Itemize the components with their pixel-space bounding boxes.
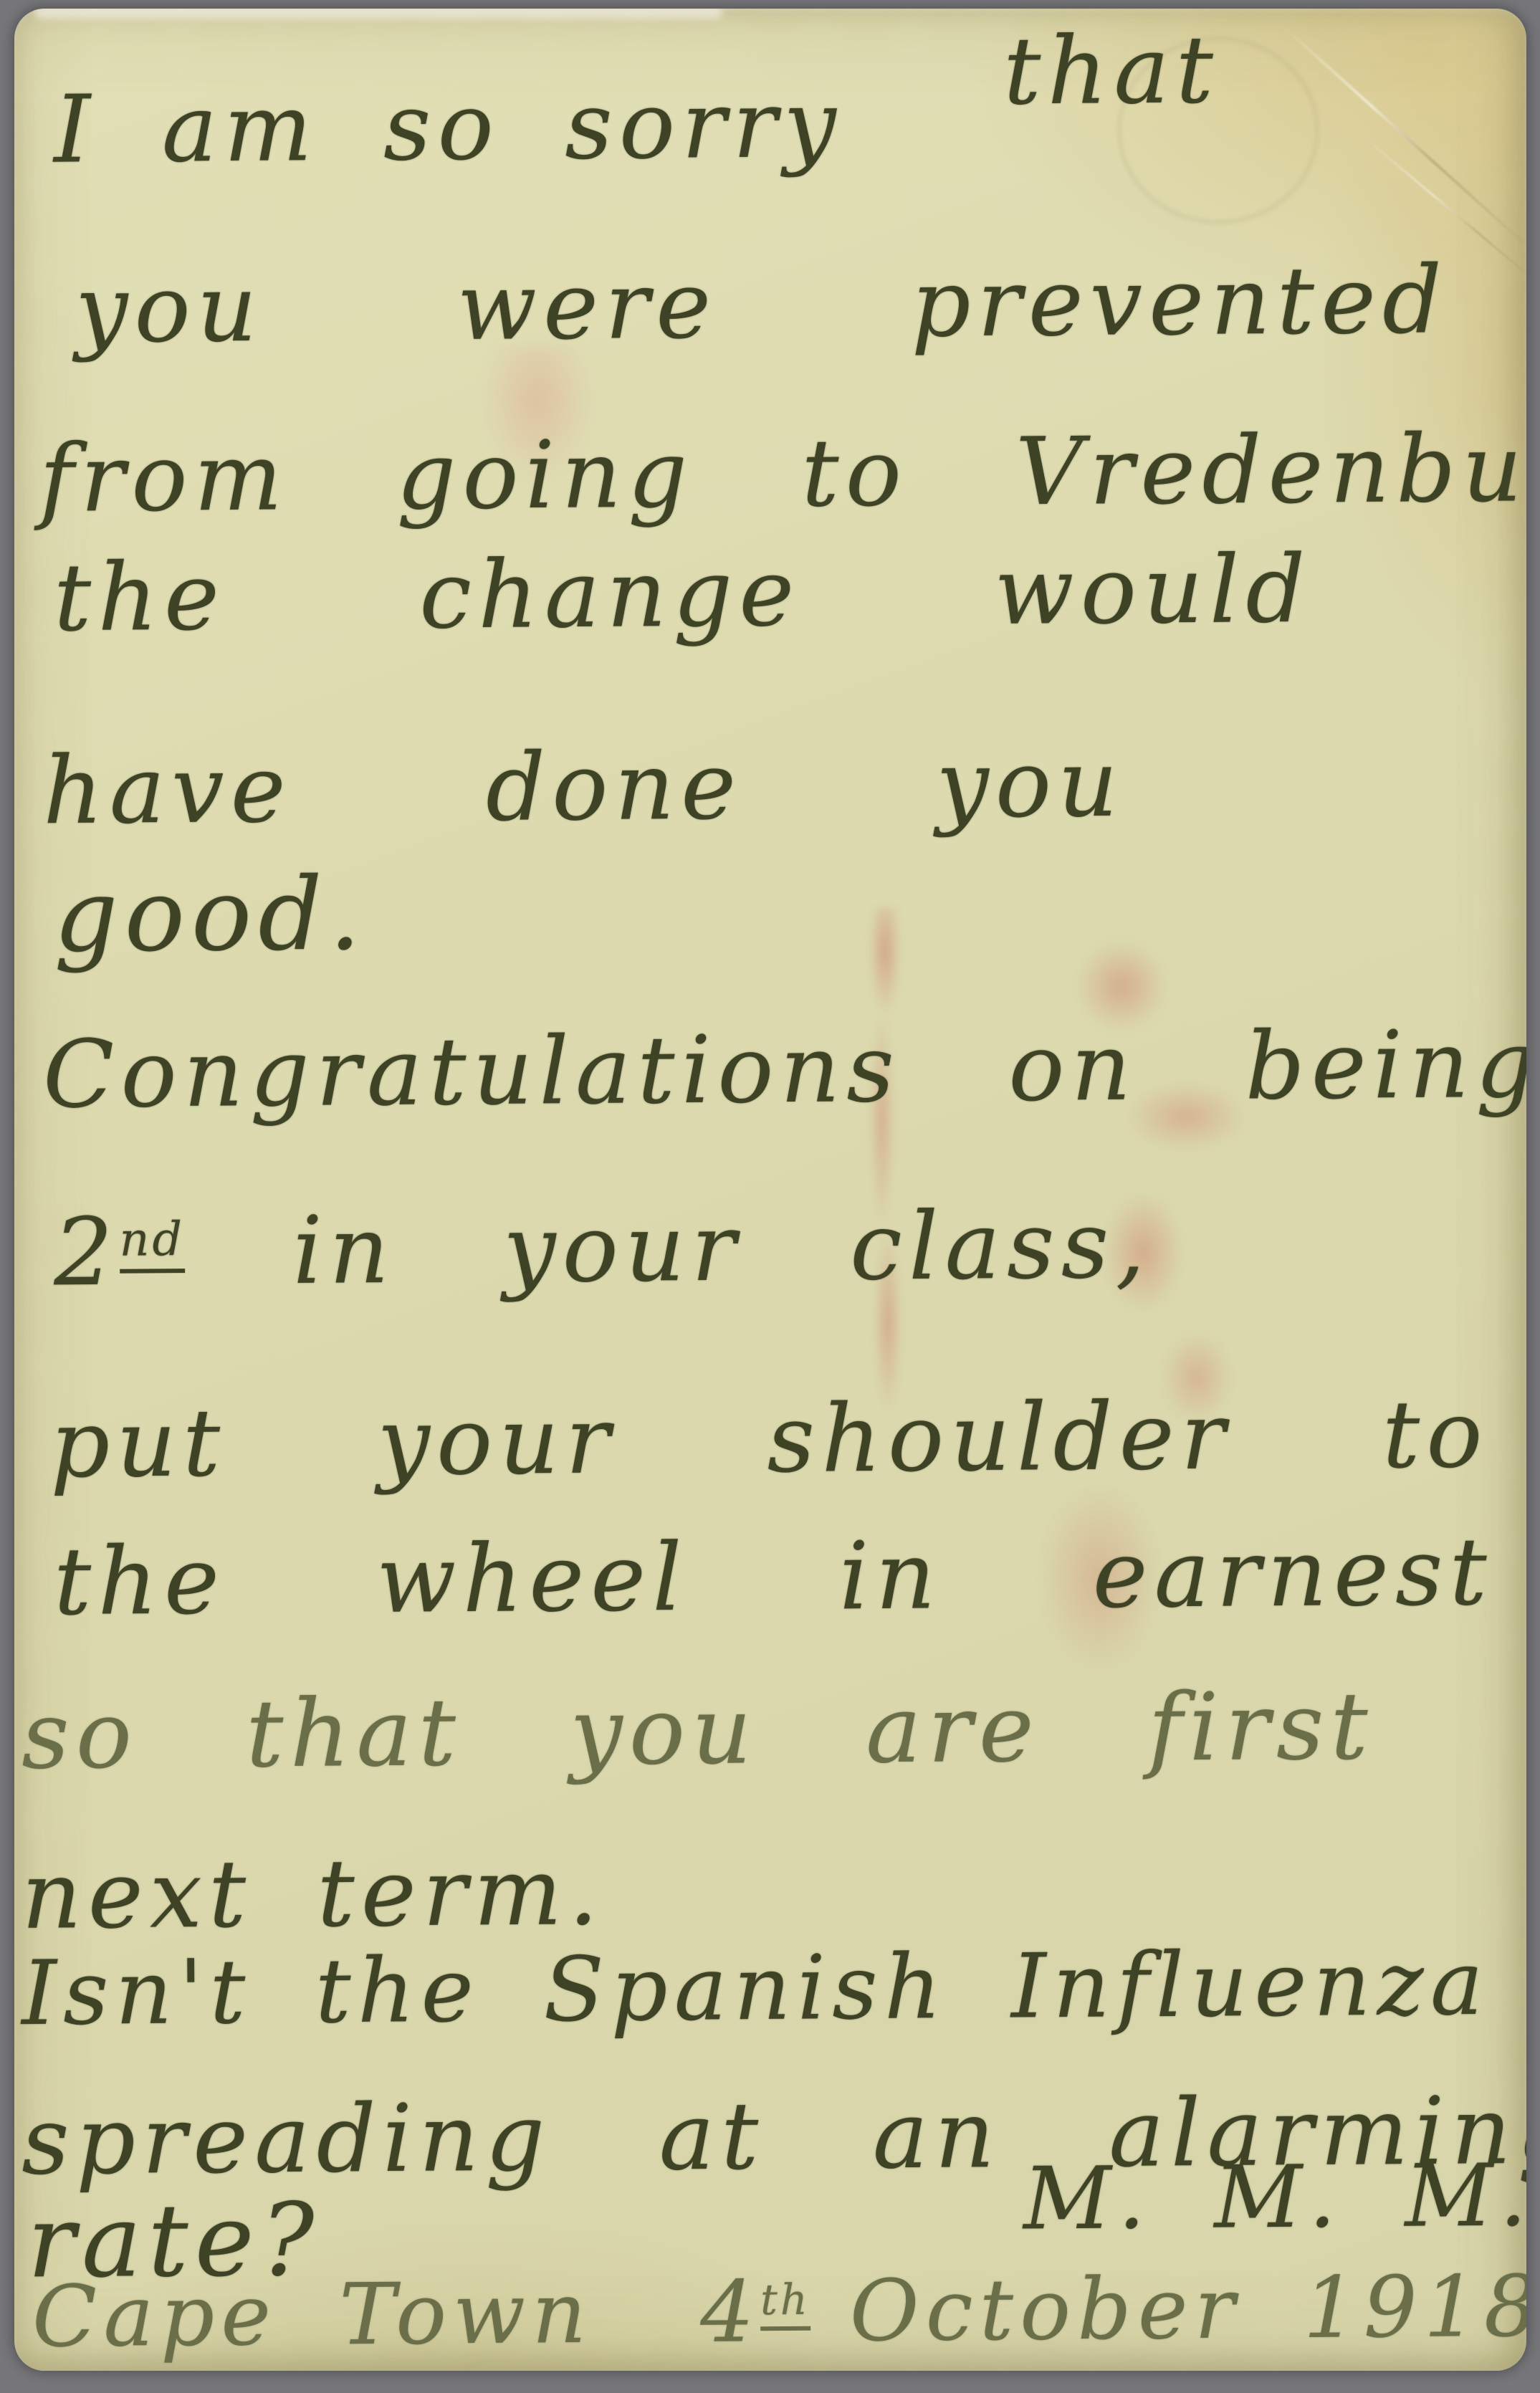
dateline-place: Cape Town <box>32 2263 593 2366</box>
line-text: I am so sorry <box>53 70 843 184</box>
raised-word: that <box>1003 21 1220 120</box>
handwriting-line: so that you are first <box>21 1677 1375 1785</box>
signature: M. M. M. <box>1023 2151 1526 2245</box>
worn-edge <box>34 9 722 19</box>
dateline-day: 4 <box>700 2262 761 2361</box>
postcard: I am so sorrythat you were prevented fro… <box>14 9 1526 2371</box>
handwriting-line: next term. <box>21 1843 605 1944</box>
handwriting-line: 2nd in your class, <box>54 1196 1152 1301</box>
dateline-rest: October 1918 <box>849 2257 1526 2361</box>
stamp-bleed-mark <box>1057 926 1272 1428</box>
handwriting-line: have done you <box>43 735 1125 840</box>
line-text: in your class, <box>185 1190 1152 1306</box>
stamp-bleed-mark <box>856 908 914 1438</box>
line-text: 2 <box>53 1198 120 1307</box>
handwriting-line: Isn't the Spanish Influenza <box>21 1937 1491 2040</box>
handwriting-line: the change would <box>54 540 1312 647</box>
handwriting-line: from going to Vredenburg <box>39 419 1526 527</box>
ordinal-suffix: th <box>760 2275 810 2331</box>
handwriting-line: good. <box>53 861 367 969</box>
crease-mark <box>1282 25 1526 252</box>
handwriting-line: I am so sorrythat <box>54 72 1220 178</box>
handwriting-line: Congratulations on being <box>43 1016 1526 1124</box>
handwriting-line: put your shoulder to <box>50 1385 1489 1494</box>
handwriting-line: the wheel in earnest <box>54 1523 1494 1631</box>
dateline: Cape Town4thOctober 1918 <box>32 2263 1526 2362</box>
handwriting-line: you were prevented <box>75 251 1449 358</box>
ordinal-suffix: nd <box>119 1213 185 1274</box>
